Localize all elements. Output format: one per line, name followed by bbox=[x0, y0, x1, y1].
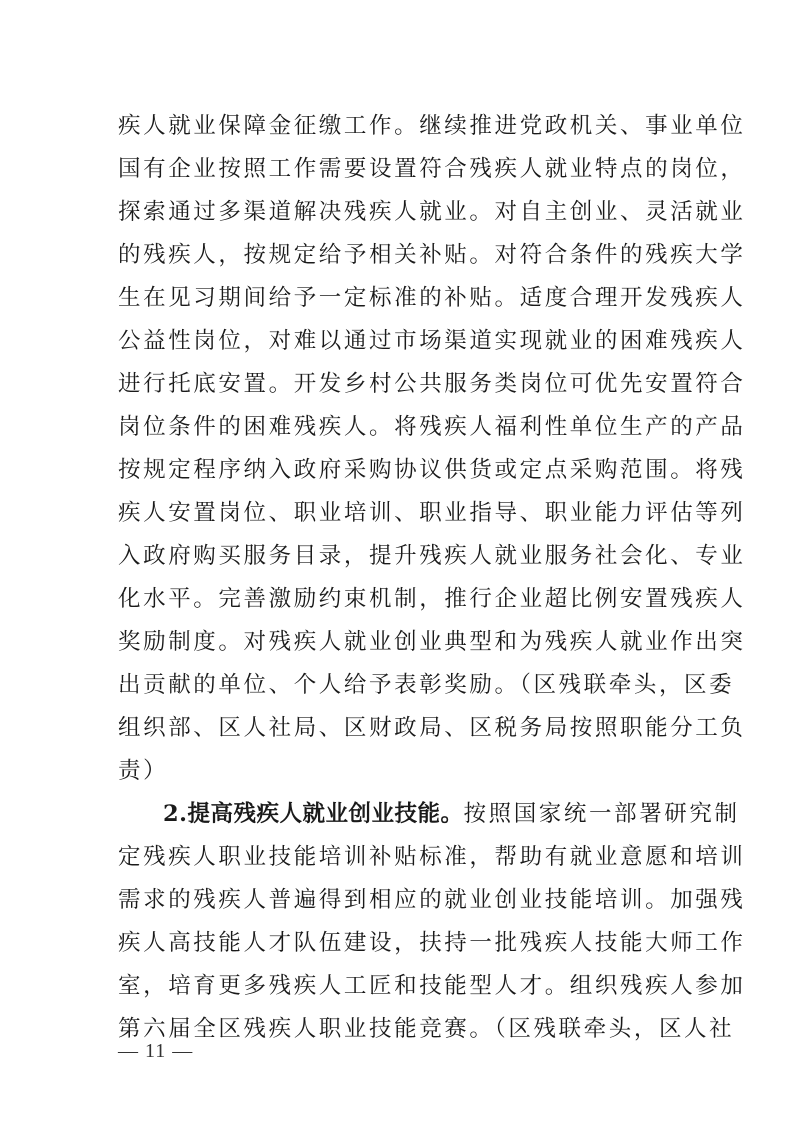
text-line: 公益性岗位，对难以通过市场渠道实现就业的困难残疾人 bbox=[118, 320, 678, 363]
text-line: 国有企业按照工作需要设置符合残疾人就业特点的岗位， bbox=[118, 148, 678, 191]
text-line: 奖励制度。对残疾人就业创业典型和为残疾人就业作出突 bbox=[118, 621, 678, 664]
text-line: 组织部、区人社局、区财政局、区税务局按照职能分工负 bbox=[118, 707, 678, 750]
text-line: 探索通过多渠道解决残疾人就业。对自主创业、灵活就业 bbox=[118, 191, 678, 234]
text-line: 化水平。完善激励约束机制，推行企业超比例安置残疾人 bbox=[118, 578, 678, 621]
text-line: 按规定程序纳入政府采购协议供货或定点采购范围。将残 bbox=[118, 449, 678, 492]
text-line: 疾人就业保障金征缴工作。继续推进党政机关、事业单位 bbox=[118, 105, 678, 148]
text-line: 定残疾人职业技能培训补贴标准，帮助有就业意愿和培训 bbox=[118, 836, 678, 879]
section-text: 按照国家统一部署研究制 bbox=[464, 801, 740, 827]
document-page: 疾人就业保障金征缴工作。继续推进党政机关、事业单位 国有企业按照工作需要设置符合… bbox=[0, 0, 793, 1122]
text-line: 责） bbox=[118, 750, 678, 793]
text-line: 的残疾人，按规定给予相关补贴。对符合条件的残疾大学 bbox=[118, 234, 678, 277]
text-line: 岗位条件的困难残疾人。将残疾人福利性单位生产的产品 bbox=[118, 406, 678, 449]
text-line: 疾人高技能人才队伍建设，扶持一批残疾人技能大师工作 bbox=[118, 922, 678, 965]
text-line: 进行托底安置。开发乡村公共服务类岗位可优先安置符合 bbox=[118, 363, 678, 406]
section-heading: 2.提高残疾人就业创业技能。 bbox=[163, 801, 464, 827]
text-line: 生在见习期间给予一定标准的补贴。适度合理开发残疾人 bbox=[118, 277, 678, 320]
body-text: 疾人就业保障金征缴工作。继续推进党政机关、事业单位 国有企业按照工作需要设置符合… bbox=[118, 105, 678, 1051]
text-line: 室，培育更多残疾人工匠和技能型人才。组织残疾人参加 bbox=[118, 965, 678, 1008]
text-line: 入政府购买服务目录，提升残疾人就业服务社会化、专业 bbox=[118, 535, 678, 578]
text-line: 出贡献的单位、个人给予表彰奖励。（区残联牵头，区委 bbox=[118, 664, 678, 707]
text-line: 需求的残疾人普遍得到相应的就业创业技能培训。加强残 bbox=[118, 879, 678, 922]
text-line: 第六届全区残疾人职业技能竞赛。（区残联牵头，区人社 bbox=[118, 1008, 678, 1051]
page-number: — 11 — bbox=[118, 1040, 193, 1063]
text-line: 疾人安置岗位、职业培训、职业指导、职业能力评估等列 bbox=[118, 492, 678, 535]
section-heading-line: 2.提高残疾人就业创业技能。按照国家统一部署研究制 bbox=[118, 793, 678, 836]
